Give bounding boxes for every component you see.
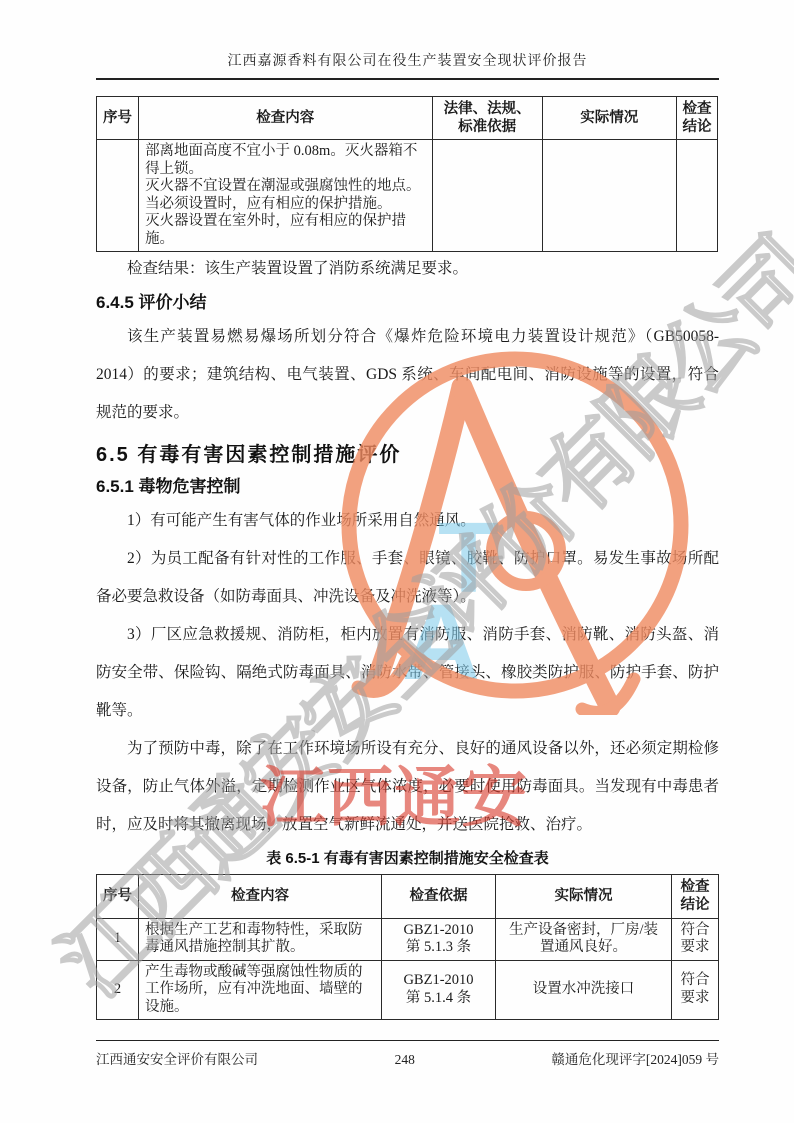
- table-row: 部离地面高度不宜小于 0.08m。灭火器箱不得上锁。 灭火器不宜设置在潮湿或强腐…: [97, 140, 718, 252]
- cell-actual: 设置水冲洗接口: [496, 960, 672, 1020]
- col-header-content: 检查内容: [139, 97, 432, 140]
- col-header-basis: 法律、法规、 标准依据: [432, 97, 542, 140]
- toxic-control-check-table: 序号 检查内容 检查依据 实际情况 检查 结论 1 根据生产工艺和毒物特性，采取…: [96, 874, 719, 1020]
- table-header-row: 序号 检查内容 法律、法规、 标准依据 实际情况 检查 结论: [97, 97, 718, 140]
- page-header-title: 江西嘉源香料有限公司在役生产装置安全现状评价报告: [96, 0, 719, 80]
- cell-content: 产生毒物或酸碱等强腐蚀性物质的工作场所，应有冲洗地面、墙壁的设施。: [139, 960, 382, 1020]
- table-header-row: 序号 检查内容 检查依据 实际情况 检查 结论: [97, 875, 719, 918]
- cell-basis: GBZ1-2010 第 5.1.3 条: [382, 918, 496, 960]
- content-column: 江西嘉源香料有限公司在役生产装置安全现状评价报告 序号 检查内容 法律、法规、 …: [96, 0, 719, 1020]
- section-645-title: 6.4.5 评价小结: [96, 288, 719, 318]
- footer-doc-number: 赣通危化现评字[2024]059 号: [551, 1048, 719, 1068]
- list-item-3: 3）厂区应急救援规、消防柜，柜内放置有消防服、消防手套、消防靴、消防头盔、消防安…: [96, 616, 719, 730]
- list-item-2: 2）为员工配备有针对性的工作服、手套、眼镜、胶靴、防护口罩。易发生事故场所配备必…: [96, 540, 719, 616]
- footer-company: 江西通安安全评价有限公司: [96, 1048, 258, 1068]
- col-header-actual: 实际情况: [496, 875, 672, 918]
- page-footer: 江西通安安全评价有限公司 248 赣通危化现评字[2024]059 号: [96, 1040, 719, 1068]
- section-645-paragraph: 该生产装置易燃易爆场所划分符合《爆炸危险环境电力装置设计规范》（GB50058-…: [96, 318, 719, 432]
- section-651-title: 6.5.1 毒物危害控制: [96, 472, 719, 502]
- cell-content: 部离地面高度不宜小于 0.08m。灭火器箱不得上锁。 灭火器不宜设置在潮湿或强腐…: [139, 140, 432, 252]
- cell-seq: 1: [97, 918, 139, 960]
- cell-actual: 生产设备密封，厂房/装置通风良好。: [496, 918, 672, 960]
- list-item-1: 1）有可能产生有害气体的作业场所采用自然通风。: [96, 502, 719, 540]
- section-65-title: 6.5 有毒有害因素控制措施评价: [96, 438, 719, 472]
- cell-conclusion: 符合 要求: [672, 918, 719, 960]
- cell-seq: 2: [97, 960, 139, 1020]
- col-header-conclusion: 检查 结论: [672, 875, 719, 918]
- footer-page-number: 248: [395, 1052, 415, 1068]
- col-header-seq: 序号: [97, 875, 139, 918]
- col-header-actual: 实际情况: [542, 97, 676, 140]
- table-caption: 表 6.5-1 有毒有害因素控制措施安全检查表: [96, 846, 719, 872]
- fire-check-table: 序号 检查内容 法律、法规、 标准依据 实际情况 检查 结论 部离地面高度不宜小…: [96, 96, 718, 252]
- col-header-seq: 序号: [97, 97, 139, 140]
- cell-actual: [542, 140, 676, 252]
- col-header-basis: 检查依据: [382, 875, 496, 918]
- cell-conclusion: 符合 要求: [672, 960, 719, 1020]
- check-result-line: 检查结果：该生产装置设置了消防系统满足要求。: [96, 252, 719, 286]
- table-row: 1 根据生产工艺和毒物特性，采取防毒通风措施控制其扩散。 GBZ1-2010 第…: [97, 918, 719, 960]
- cell-basis: [432, 140, 542, 252]
- col-header-content: 检查内容: [139, 875, 382, 918]
- prevention-paragraph: 为了预防中毒，除了在工作环境场所设有充分、良好的通风设备以外，还必须定期检修设备…: [96, 730, 719, 844]
- cell-basis: GBZ1-2010 第 5.1.4 条: [382, 960, 496, 1020]
- col-header-conclusion: 检查 结论: [676, 97, 717, 140]
- document-page: 江西嘉源香料有限公司在役生产装置安全现状评价报告 序号 检查内容 法律、法规、 …: [0, 0, 794, 1123]
- table-row: 2 产生毒物或酸碱等强腐蚀性物质的工作场所，应有冲洗地面、墙壁的设施。 GBZ1…: [97, 960, 719, 1020]
- cell-content: 根据生产工艺和毒物特性，采取防毒通风措施控制其扩散。: [139, 918, 382, 960]
- cell-seq: [97, 140, 139, 252]
- cell-conclusion: [676, 140, 717, 252]
